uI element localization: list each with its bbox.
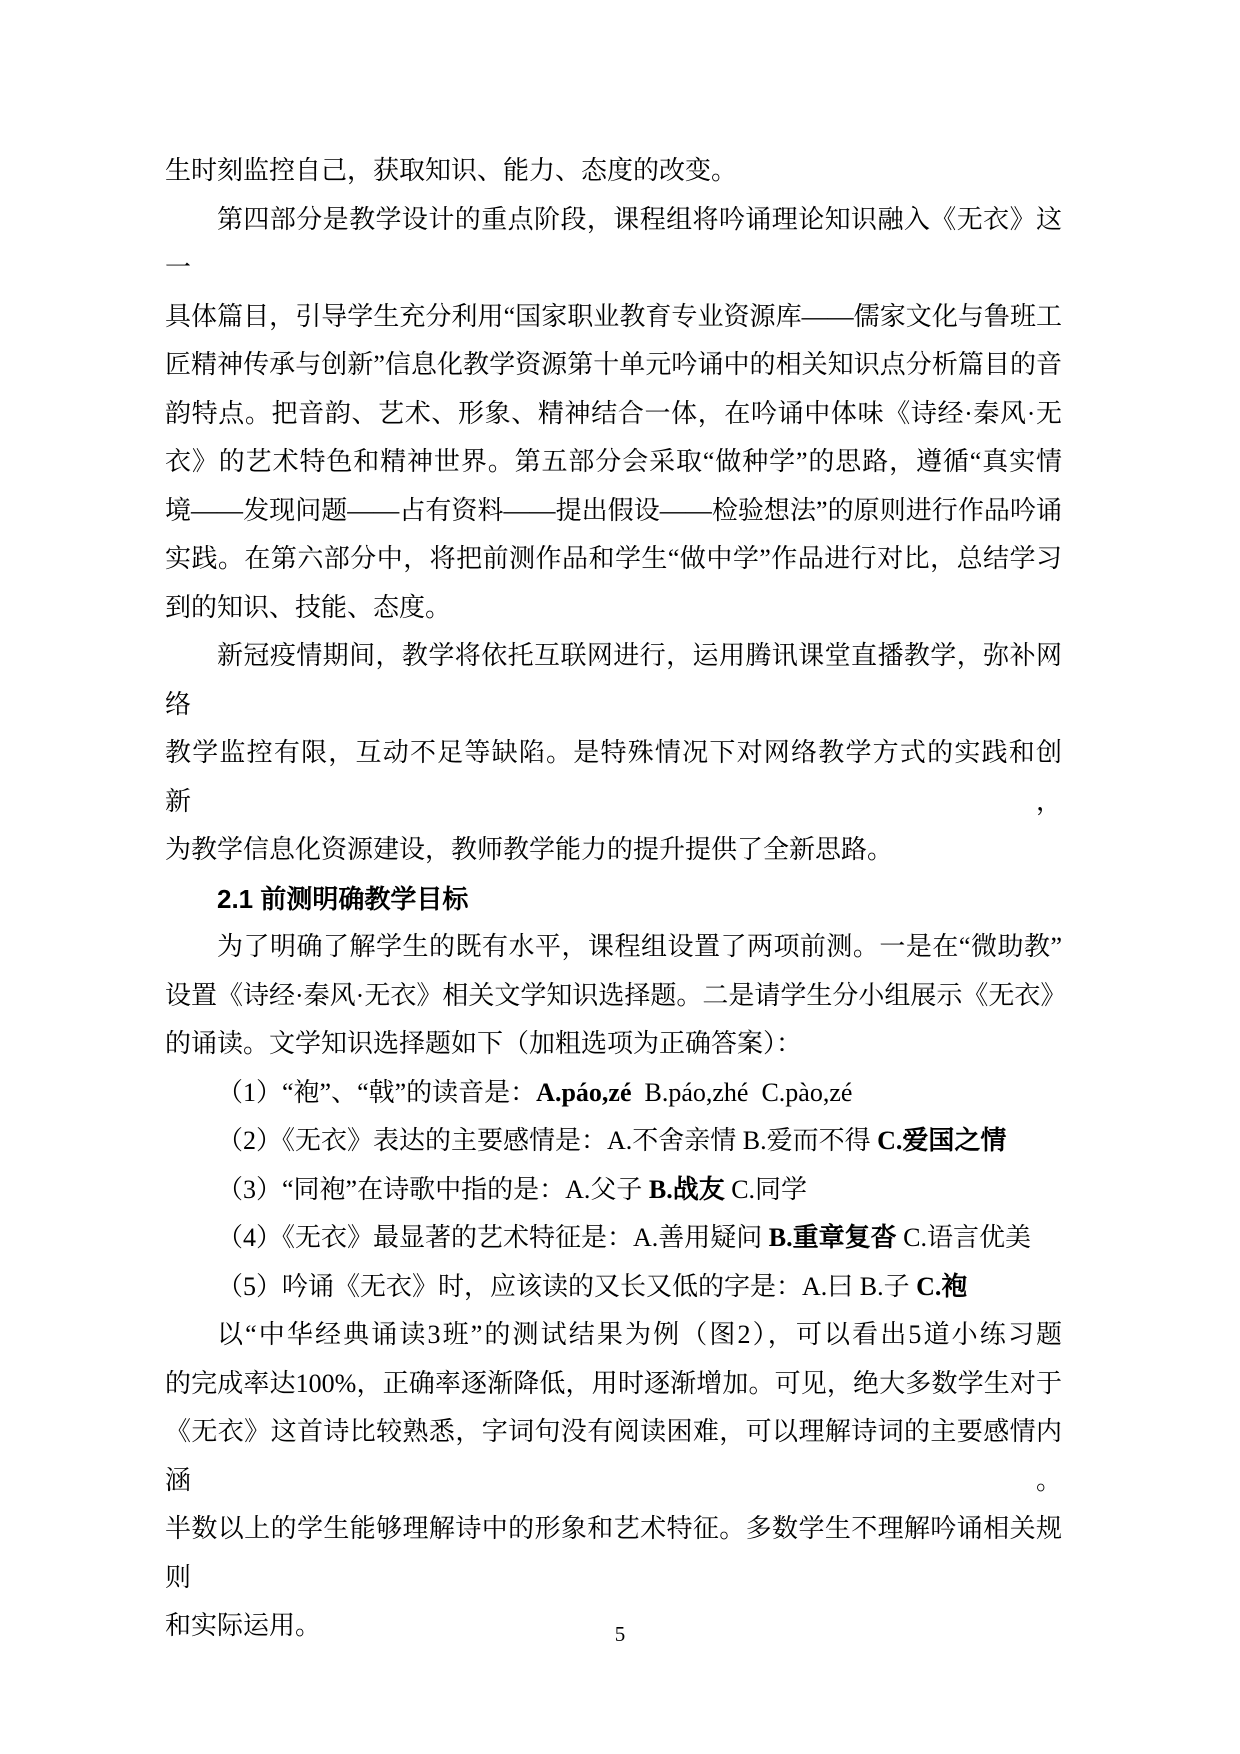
text-segment: B.páo,zhé C.pào,zé [632,1078,853,1107]
text-segment: 以“中华经典诵读3班”的测试结果为例（图2），可以看出5道小练习题 [217,1320,1062,1349]
text-line: 半数以上的学生能够理解诗中的形象和艺术特征。多数学生不理解吟诵相关规则 [165,1505,1062,1602]
text-segment: 境——发现问题——占有资料——提出假设——检验想法”的原则进行作品吟诵 [165,496,1062,525]
text-line: （5）吟诵《无衣》时，应该读的又长又低的字是：A.曰 B.子 C.袍 [165,1263,1062,1312]
text-segment: C.语言优美 [897,1223,1031,1252]
text-segment: C.同学 [725,1175,807,1204]
text-segment: 实践。在第六部分中，将把前测作品和学生“做中学”作品进行对比，总结学习 [165,544,1062,573]
text-line: 新冠疫情期间，教学将依托互联网进行，运用腾讯课堂直播教学，弥补网络 [165,632,1062,729]
text-segment: （3）“同袍”在诗歌中指的是：A.父子 [217,1175,649,1204]
text-line: 匠精神传承与创新”信息化教学资源第十单元吟诵中的相关知识点分析篇目的音 [165,341,1062,390]
text-segment: 韵特点。把音韵、艺术、形象、精神结合一体，在吟诵中体味《诗经·秦风·无 [165,399,1062,428]
text-segment: （1）“袍”、“戟”的读音是： [217,1078,536,1107]
text-segment: 为教学信息化资源建设，教师教学能力的提升提供了全新思路。 [165,835,893,864]
section-heading: 2.1 前测明确教学目标 [165,875,1062,924]
text-segment: 半数以上的学生能够理解诗中的形象和艺术特征。多数学生不理解吟诵相关规则 [165,1514,1062,1592]
text-segment: （5）吟诵《无衣》时，应该读的又长又低的字是：A.曰 B.子 [217,1272,916,1301]
text-line: 的完成率达100%，正确率逐渐降低，用时逐渐增加。可见，绝大多数学生对于 [165,1360,1062,1409]
text-segment: 的诵读。文学知识选择题如下（加粗选项为正确答案）： [165,1029,802,1058]
text-line: 以“中华经典诵读3班”的测试结果为例（图2），可以看出5道小练习题 [165,1311,1062,1360]
text-line: （4）《无衣》最显著的艺术特征是：A.善用疑问 B.重章复沓 C.语言优美 [165,1214,1062,1263]
text-line: 实践。在第六部分中，将把前测作品和学生“做中学”作品进行对比，总结学习 [165,535,1062,584]
text-segment: B.战友 [649,1175,725,1204]
text-segment: 生时刻监控自己，获取知识、能力、态度的改变。 [165,156,737,185]
text-line: 为了明确了解学生的既有水平，课程组设置了两项前测。一是在“微助教” [165,923,1062,972]
text-line: 到的知识、技能、态度。 [165,584,1062,633]
text-segment: 2.1 前测明确教学目标 [217,884,468,914]
text-segment: 新冠疫情期间，教学将依托互联网进行，运用腾讯课堂直播教学，弥补网络 [165,641,1062,719]
text-segment: 具体篇目，引导学生充分利用“国家职业教育专业资源库——儒家文化与鲁班工 [165,302,1062,331]
text-line: 具体篇目，引导学生充分利用“国家职业教育专业资源库——儒家文化与鲁班工 [165,293,1062,342]
text-line: 第四部分是教学设计的重点阶段，课程组将吟诵理论知识融入《无衣》这一 [165,196,1062,293]
text-segment: 《无衣》这首诗比较熟悉，字词句没有阅读困难，可以理解诗词的主要感情内涵。 [165,1417,1062,1495]
text-segment: 为了明确了解学生的既有水平，课程组设置了两项前测。一是在“微助教” [217,932,1062,961]
text-line: （3）“同袍”在诗歌中指的是：A.父子 B.战友 C.同学 [165,1166,1062,1215]
text-line: 为教学信息化资源建设，教师教学能力的提升提供了全新思路。 [165,826,1062,875]
document-page: 生时刻监控自己，获取知识、能力、态度的改变。第四部分是教学设计的重点阶段，课程组… [0,0,1240,1754]
text-line: 生时刻监控自己，获取知识、能力、态度的改变。 [165,147,1062,196]
text-line: 的诵读。文学知识选择题如下（加粗选项为正确答案）： [165,1020,1062,1069]
text-segment: B.重章复沓 [769,1223,897,1252]
text-segment: 匠精神传承与创新”信息化教学资源第十单元吟诵中的相关知识点分析篇目的音 [165,350,1062,379]
text-segment: 设置《诗经·秦风·无衣》相关文学知识选择题。二是请学生分小组展示《无衣》 [165,981,1066,1010]
text-segment: C.袍 [916,1272,967,1301]
text-segment: 教学监控有限，互动不足等缺陷。是特殊情况下对网络教学方式的实践和创新， [165,738,1062,816]
page-number: 5 [0,1620,1240,1648]
text-line: （1）“袍”、“戟”的读音是：A.páo,zé B.páo,zhé C.pào,… [165,1069,1062,1118]
text-segment: （2）《无衣》表达的主要感情是：A.不舍亲情 B.爱而不得 [217,1126,877,1155]
document-body: 生时刻监控自己，获取知识、能力、态度的改变。第四部分是教学设计的重点阶段，课程组… [165,147,1062,1651]
text-segment: C.爱国之情 [877,1126,1006,1155]
text-segment: 第四部分是教学设计的重点阶段，课程组将吟诵理论知识融入《无衣》这一 [165,205,1062,283]
text-line: 境——发现问题——占有资料——提出假设——检验想法”的原则进行作品吟诵 [165,487,1062,536]
text-line: 设置《诗经·秦风·无衣》相关文学知识选择题。二是请学生分小组展示《无衣》 [165,972,1062,1021]
text-segment: A.páo,zé [536,1078,631,1107]
text-line: 教学监控有限，互动不足等缺陷。是特殊情况下对网络教学方式的实践和创新， [165,729,1062,826]
text-line: （2）《无衣》表达的主要感情是：A.不舍亲情 B.爱而不得 C.爱国之情 [165,1117,1062,1166]
text-line: 韵特点。把音韵、艺术、形象、精神结合一体，在吟诵中体味《诗经·秦风·无 [165,390,1062,439]
text-line: 《无衣》这首诗比较熟悉，字词句没有阅读困难，可以理解诗词的主要感情内涵。 [165,1408,1062,1505]
text-segment: 到的知识、技能、态度。 [165,593,451,622]
text-segment: 衣》的艺术特色和精神世界。第五部分会采取“做种学”的思路，遵循“真实情 [165,447,1062,476]
text-segment: （4）《无衣》最显著的艺术特征是：A.善用疑问 [217,1223,769,1252]
text-segment: 的完成率达100%，正确率逐渐降低，用时逐渐增加。可见，绝大多数学生对于 [165,1369,1062,1398]
text-line: 衣》的艺术特色和精神世界。第五部分会采取“做种学”的思路，遵循“真实情 [165,438,1062,487]
